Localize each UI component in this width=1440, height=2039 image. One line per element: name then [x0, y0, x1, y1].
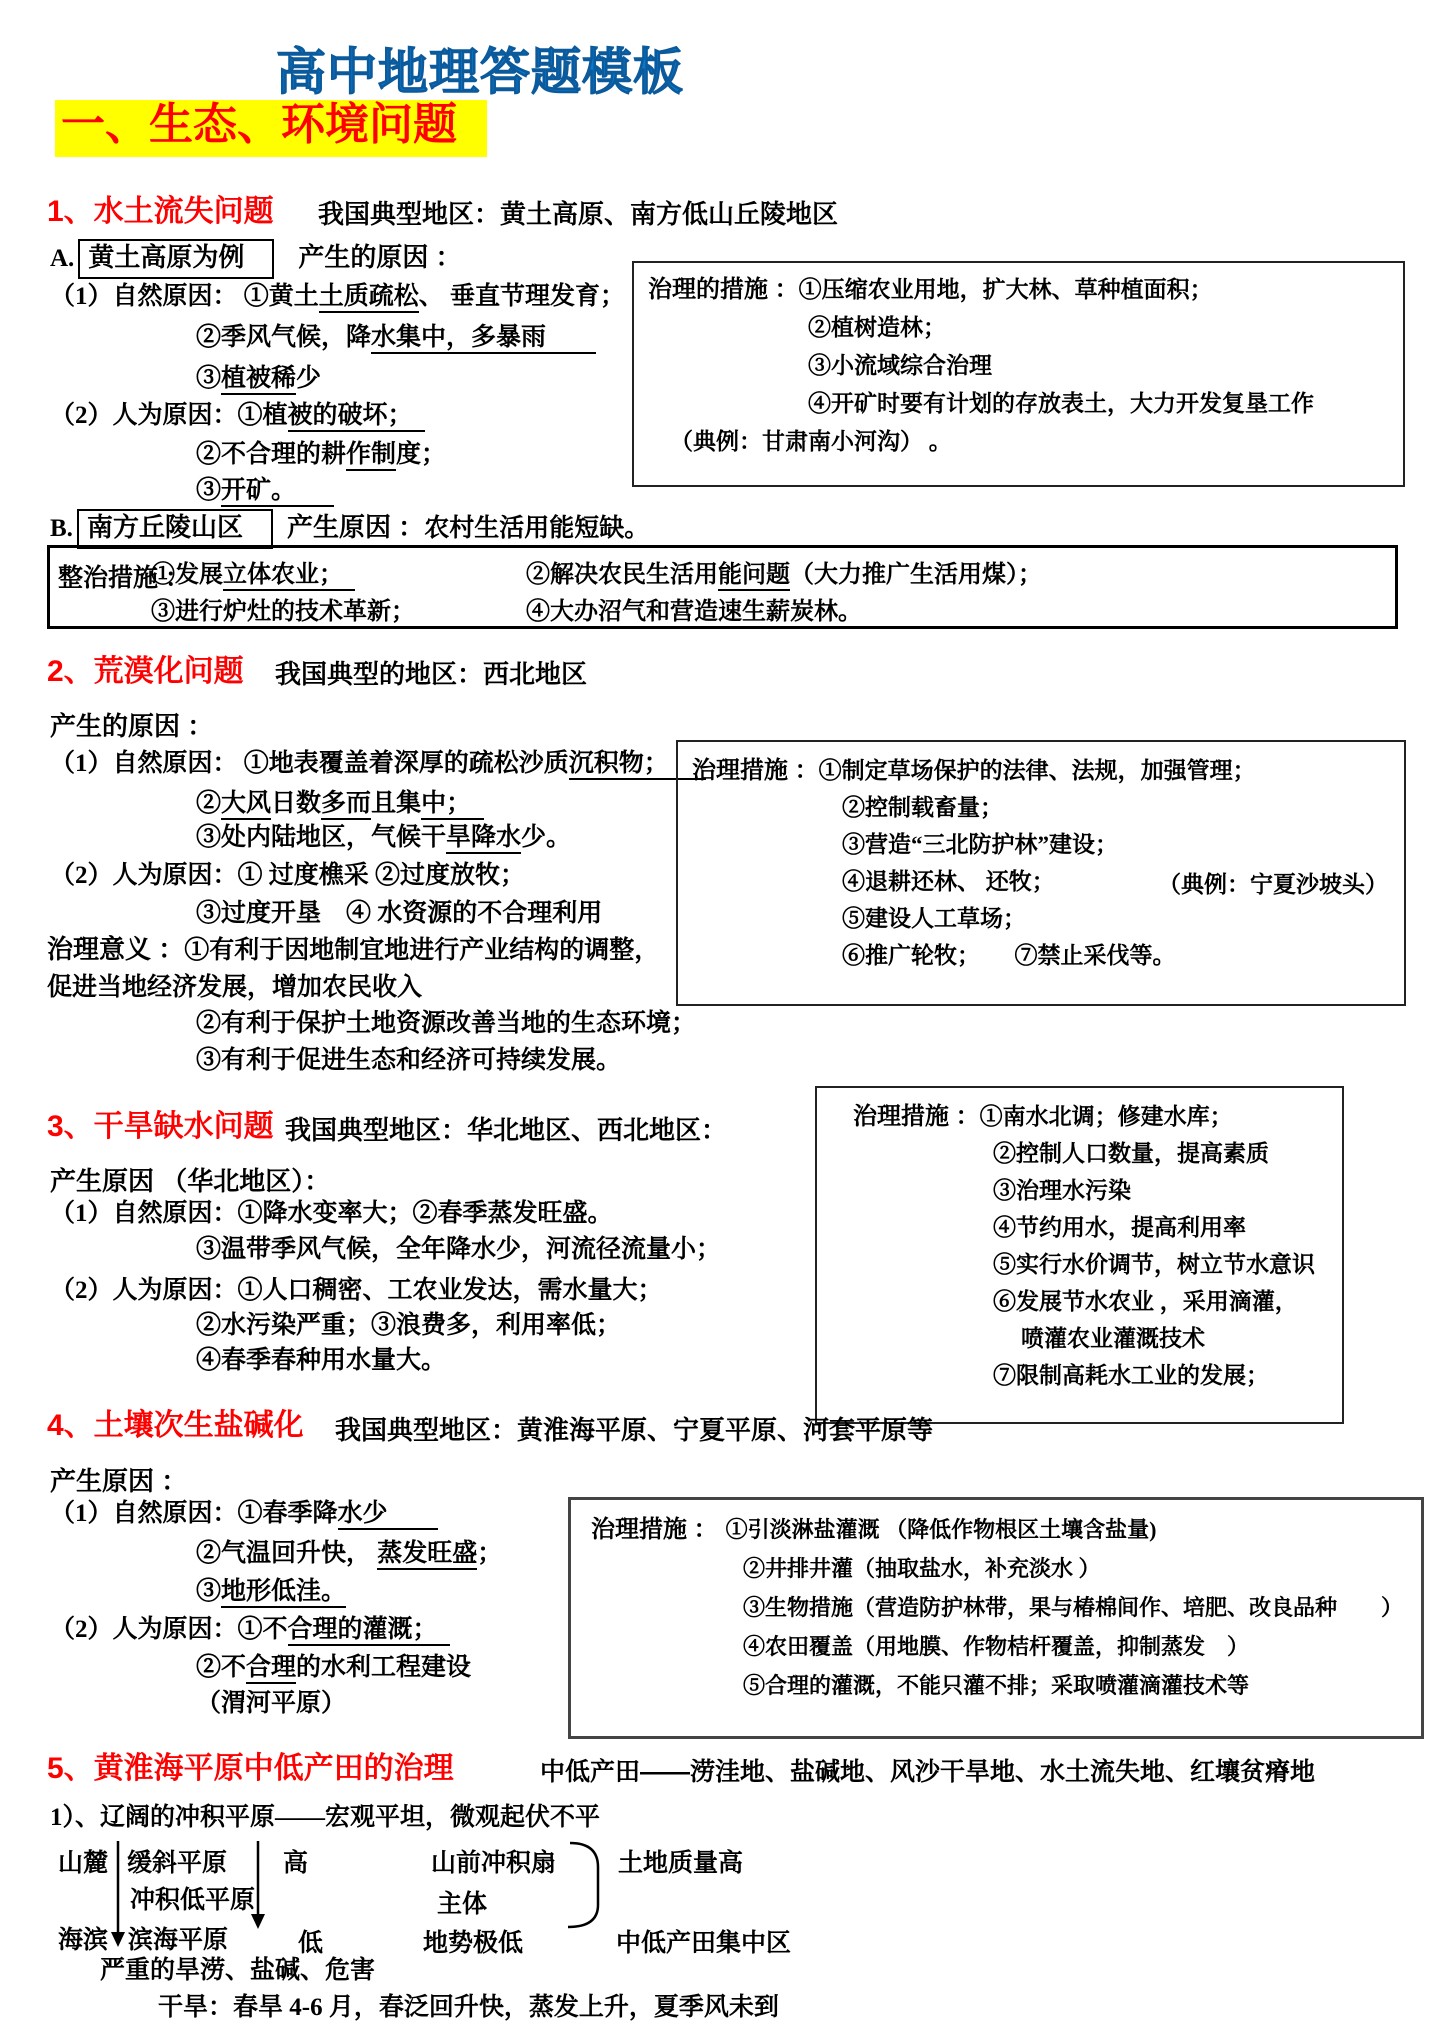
s1-measure-item: ①压缩农业用地，扩大林、草种植面积；	[799, 277, 1213, 302]
s1-a-prefix: A.	[50, 245, 74, 272]
s4-measures-box: 治理措施 ：①引淡淋盐灌溉 （降低作物根区土壤含盐量) ②井排井灌（抽取盐水，补…	[568, 1497, 1424, 1739]
s4-cause-label: 产生原因 ：	[50, 1461, 187, 1498]
s3-measure-item: ②控制人口数量，提高素质	[993, 1135, 1330, 1172]
s2-measures-line: 治理措施 ：①制定草场保护的法律、法规，加强管理；	[692, 752, 1390, 789]
s3-measure-item: ③治理水污染	[993, 1172, 1330, 1209]
s3-cause-line: （2）人为原因：①人口稠密、工农业发达，需水量大；	[50, 1275, 663, 1306]
s3-region-note: 我国典型地区：华北地区、西北地区：	[285, 1110, 727, 1147]
s3-cause-line: ④春季春种用水量大。	[196, 1345, 446, 1376]
s2-measure-example: （典例：宁夏沙坡头）	[1158, 866, 1388, 899]
s2-measure-item: ③营造“三北防护林”建设；	[842, 826, 1390, 863]
s5-title: 5、黄淮海平原中低产田的治理	[47, 1743, 454, 1787]
s3-measures-label: 治理措施 ：	[853, 1103, 980, 1130]
s3-cause-label: 产生原因 （华北地区）：	[50, 1161, 330, 1198]
s2-cause-line: （2）人为原因：① 过度樵采 ②过度放牧；	[50, 860, 525, 891]
s1-line-b: B.南方丘陵山区产生原因 ：农村生活用能短缺。	[50, 509, 649, 549]
s4-title: 4、土壤次生盐碱化	[47, 1400, 304, 1444]
s2-measure-item: ①制定草场保护的法律、法规，加强管理；	[819, 758, 1256, 783]
s2-cause-line: ③过度开垦 ④ 水资源的不合理利用	[196, 898, 602, 929]
s1-remedy-col1: ①发展立体农业； ③进行炉灶的技术革新；	[151, 557, 415, 631]
s1-b-cause-text: 农村生活用能短缺。	[424, 515, 649, 542]
s2-measure-item: ②控制载畜量；	[842, 789, 1390, 826]
s2-cause-line: ②大风日数多而且集中；	[196, 788, 484, 819]
s4-measures-line: 治理措施 ：①引淡淋盐灌溉 （降低作物根区土壤含盐量)	[591, 1510, 1405, 1549]
s4-measure-item: ⑤合理的灌溉，不能只灌不排；采取喷灌滴灌技术等	[743, 1666, 1405, 1705]
s4-measures-label: 治理措施 ：	[591, 1516, 718, 1543]
s2-meaning-line: 治理意义 ：①有利于因地制宜地进行产业结构的调整，	[47, 933, 659, 966]
s3-measures-box: 治理措施 ：①南水北调；修建水库； ②控制人口数量，提高素质 ③治理水污染 ④节…	[815, 1086, 1344, 1424]
s1-cause-line: ②季风气候，降水集中，多暴雨	[196, 322, 596, 353]
s3-measures-line: 治理措施 ：①南水北调；修建水库；	[853, 1098, 1330, 1135]
s2-measure-item: ⑥推广轮牧； ⑦禁止采伐等。	[842, 937, 1390, 974]
s2-measure-item: ⑤建设人工草场；	[842, 900, 1390, 937]
s1-measure-item: ③小流域综合治理	[808, 347, 1389, 385]
s1-cause-line: ③开矿。	[196, 475, 334, 506]
s1-cause-line: （2）人为原因：①植被的破坏；	[50, 400, 425, 431]
s4-measure-item: ②井排井灌（抽取盐水，补充淡水 ）	[743, 1549, 1405, 1588]
s1-measures-line: 治理的措施 ：①压缩农业用地，扩大林、草种植面积；	[648, 271, 1389, 309]
s1-cause-line: ③植被稀少	[196, 363, 321, 394]
s1-measure-example: （典例：甘肃南小河沟） 。	[670, 423, 1389, 461]
s2-measures-label: 治理措施 ：	[692, 757, 819, 784]
s1-measures-box: 治理的措施 ：①压缩农业用地，扩大林、草种植面积； ②植树造林； ③小流域综合治…	[632, 261, 1405, 487]
s4-cause-line: （渭河平原）	[196, 1688, 346, 1719]
s3-title: 3、干旱缺水问题	[47, 1101, 274, 1145]
s5-region-note: 中低产田——涝洼地、盐碱地、风沙干旱地、水土流失地、红壤贫瘠地	[540, 1752, 1315, 1788]
s4-cause-line: ②不合理的水利工程建设	[196, 1652, 471, 1683]
s1-cause-label: 产生的原因 ：	[298, 242, 461, 272]
s2-meaning-line: 促进当地经济发展，增加农民收入	[47, 972, 422, 1003]
s1-b-boxed-term: 南方丘陵山区	[77, 509, 273, 549]
s3-measure-item: ⑦限制高耗水工业的发展；	[993, 1357, 1330, 1394]
s4-region-note: 我国典型地区：黄淮海平原、宁夏平原、河套平原等	[335, 1410, 933, 1447]
s3-measure-item: ④节约用水，提高利用率	[993, 1209, 1330, 1246]
s4-measure-item: ④农田覆盖（用地膜、作物桔杆覆盖，抑制蒸发 ）	[743, 1627, 1405, 1666]
s1-measure-item: ④开矿时要有计划的存放表土，大力开发复垦工作	[808, 385, 1389, 423]
s3-measure-item: ①南水北调；修建水库；	[980, 1104, 1233, 1129]
s1-b-prefix: B.	[50, 515, 73, 542]
s4-cause-line: ③地形低洼。	[196, 1576, 346, 1607]
s2-meaning-line: ③有利于促进生态和经济可持续发展。	[196, 1045, 621, 1076]
s1-title: 1、水土流失问题	[47, 186, 274, 230]
s4-cause-line: （1）自然原因：①春季降水少	[50, 1498, 438, 1529]
s1-b-cause-label: 产生原因 ：	[287, 512, 424, 542]
s1-remedy-item: ②解决农民生活用能问题（大力推广生活用煤）；	[526, 557, 1042, 594]
s4-measure-item: ③生物措施（营造防护林带，果与椿棉间作、培肥、改良品种 ）	[743, 1588, 1405, 1627]
s3-cause-line: ③温带季风气候，全年降水少，河流径流量小；	[196, 1234, 721, 1265]
s1-measures-label: 治理的措施 ：	[648, 276, 799, 303]
s2-cause-line: ③处内陆地区，气候干旱降水少。	[196, 822, 571, 853]
s2-meaning-label: 治理意义 ：	[47, 934, 184, 964]
s4-cause-line: （2）人为原因：①不合理的灌溉；	[50, 1614, 450, 1645]
s1-line-a: A.黄土高原为例产生的原因 ：	[50, 239, 462, 279]
s5-line1: 1）、辽阔的冲积平原——宏观平坦，微观起伏不平	[50, 1802, 600, 1833]
s2-measures-box: 治理措施 ：①制定草场保护的法律、法规，加强管理； ②控制载畜量； ③营造“三北…	[676, 740, 1406, 1006]
s2-title: 2、荒漠化问题	[47, 646, 244, 690]
s1-remedy-item: ④大办沼气和营造速生薪炭林。	[526, 594, 1042, 631]
s2-cause-line: （1）自然原因： ①地表覆盖着深厚的疏松沙质沉积物；	[50, 748, 706, 779]
s4-cause-line: ②气温回升快， 蒸发旺盛；	[196, 1538, 502, 1569]
s2-cause-label: 产生的原因 ：	[50, 706, 213, 743]
s3-cause-line: ②水污染严重；③浪费多，利用率低；	[196, 1310, 621, 1341]
document-page: 高中地理答题模板 一、生态、环境问题 1、水土流失问题 我国典型地区：黄土高原、…	[0, 0, 1440, 2039]
s1-cause-line: ②不合理的耕作制度；	[196, 439, 446, 470]
s1-remedy-col2: ②解决农民生活用能问题（大力推广生活用煤）； ④大办沼气和营造速生薪炭林。	[526, 557, 1042, 631]
main-section-heading: 一、生态、环境问题	[55, 100, 487, 157]
diagram-arrows	[0, 1833, 700, 1963]
s1-remedy-item: ①发展立体农业；	[151, 557, 415, 594]
s1-measure-item: ②植树造林；	[808, 309, 1389, 347]
s1-remedy-box: 整治措施 ： ①发展立体农业； ③进行炉灶的技术革新； ②解决农民生活用能问题（…	[47, 545, 1398, 629]
page-title: 高中地理答题模板	[0, 32, 960, 104]
s3-measure-item: ⑥发展节水农业 ，采用滴灌，	[993, 1283, 1330, 1320]
s5-drought-line: 干旱：春旱 4-6 月，春泛回升快，蒸发上升，夏季风未到	[158, 1992, 779, 2023]
s2-region-note: 我国典型的地区：西北地区	[275, 654, 587, 691]
s4-measure-item: ①引淡淋盐灌溉 （降低作物根区土壤含盐量)	[726, 1517, 1157, 1542]
s2-meaning-text: ①有利于因地制宜地进行产业结构的调整，	[184, 937, 659, 964]
s1-region-note: 我国典型地区：黄土高原、南方低山丘陵地区	[318, 194, 838, 231]
s1-remedy-item: ③进行炉灶的技术革新；	[151, 594, 415, 631]
s3-measure-item: ⑤实行水价调节，树立节水意识	[993, 1246, 1330, 1283]
s5-hazard-line: 严重的旱涝、盐碱、危害	[100, 1955, 375, 1986]
s3-measure-item-cont: 喷灌农业灌溉技术	[1021, 1320, 1330, 1357]
s1-a-boxed-term: 黄土高原为例	[78, 239, 274, 279]
s1-cause-line: （1）自然原因： ①黄土土质疏松、 垂直节理发育；	[50, 281, 625, 312]
s3-cause-line: （1）自然原因：①降水变率大；②春季蒸发旺盛。	[50, 1198, 613, 1229]
s2-meaning-line: ②有利于保护土地资源改善当地的生态环境；	[196, 1008, 696, 1039]
